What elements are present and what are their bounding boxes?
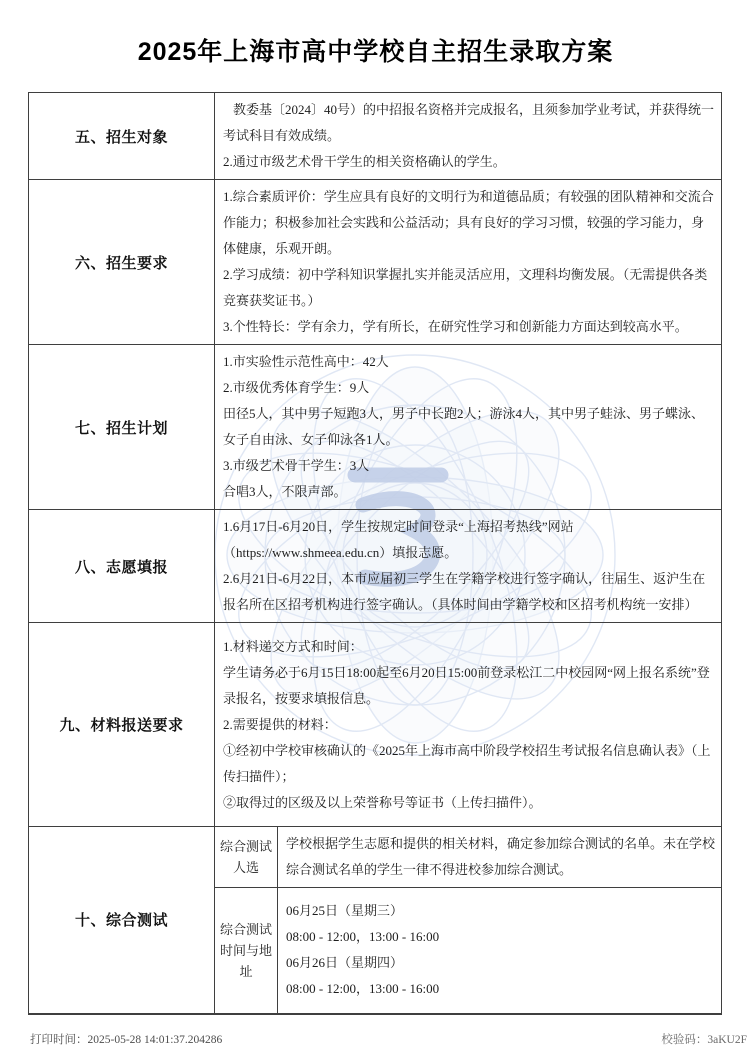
- row-label-comprehensive-test: 十、综合测试: [29, 827, 215, 1014]
- cell-paragraph: 2.通过市级艺术骨干学生的相关资格确认的学生。: [223, 149, 715, 175]
- cell-paragraph: 田径5人，其中男子短跑3人，男子中长跑2人；游泳4人，其中男子蛙泳、男子蝶泳、女…: [223, 401, 715, 453]
- cell-paragraph: 3.个性特长：学有余力，学有所长，在研究性学习和创新能力方面达到较高水平。: [223, 314, 715, 340]
- cell-paragraph: 1.6月17日-6月20日，学生按规定时间登录“上海招考热线”网站: [223, 514, 715, 540]
- checksum: 校验码：3aKU2F: [661, 1031, 747, 1047]
- admission-plan-table: 五、招生对象 教委基〔2024〕40号）的中招报名资格并完成报名，且须参加学业考…: [28, 92, 722, 1015]
- cell-paragraph: 3.市级艺术骨干学生：3人: [223, 453, 715, 479]
- row-content: 1.材料递交方式和时间： 学生请务必于6月15日18:00起至6月20日15:0…: [215, 623, 722, 827]
- table-row: 六、招生要求 1.综合素质评价：学生应具有良好的文明行为和道德品质；有较强的团队…: [29, 180, 722, 345]
- page-title: 2025年上海市高中学校自主招生录取方案: [0, 0, 751, 68]
- row-label-enrollment-requirements: 六、招生要求: [29, 180, 215, 345]
- cell-paragraph: 学校根据学生志愿和提供的相关材料，确定参加综合测试的名单。未在学校综合测试名单的…: [286, 831, 715, 883]
- cell-paragraph: 1.市实验性示范性高中：42人: [223, 349, 715, 375]
- cell-paragraph: 教委基〔2024〕40号）的中招报名资格并完成报名，且须参加学业考试，并获得统一…: [223, 97, 715, 149]
- table-row: 五、招生对象 教委基〔2024〕40号）的中招报名资格并完成报名，且须参加学业考…: [29, 93, 722, 180]
- table-row: 十、综合测试 综合测试人选 学校根据学生志愿和提供的相关材料，确定参加综合测试的…: [29, 827, 722, 888]
- row-content: 1.综合素质评价：学生应具有良好的文明行为和道德品质；有较强的团队精神和交流合作…: [215, 180, 722, 345]
- row-label-enrollment-targets: 五、招生对象: [29, 93, 215, 180]
- row-content: 06月25日（星期三） 08:00 - 12:00，13:00 - 16:00 …: [278, 888, 722, 1014]
- cell-paragraph: 2.市级优秀体育学生：9人: [223, 375, 715, 401]
- cell-paragraph: 06月26日（星期四）: [286, 950, 715, 976]
- row-content: 教委基〔2024〕40号）的中招报名资格并完成报名，且须参加学业考试，并获得统一…: [215, 93, 722, 180]
- row-label-application: 八、志愿填报: [29, 510, 215, 623]
- row-label-enrollment-plan: 七、招生计划: [29, 345, 215, 510]
- print-time: 打印时间：2025-05-28 14:01:37.204286: [30, 1031, 222, 1047]
- cell-paragraph: 08:00 - 12:00，13:00 - 16:00: [286, 924, 715, 950]
- row-content: 1.6月17日-6月20日，学生按规定时间登录“上海招考热线”网站 （https…: [215, 510, 722, 623]
- page-footer: 打印时间：2025-05-28 14:01:37.204286 校验码：3aKU…: [0, 1031, 751, 1047]
- cell-paragraph: 2.学习成绩：初中学科知识掌握扎实并能灵活应用，文理科均衡发展。（无需提供各类竞…: [223, 262, 715, 314]
- cell-paragraph: 06月25日（星期三）: [286, 898, 715, 924]
- table-row: 七、招生计划 1.市实验性示范性高中：42人 2.市级优秀体育学生：9人 田径5…: [29, 345, 722, 510]
- cell-paragraph: 2.6月21日-6月22日，本市应届初三学生在学籍学校进行签字确认，往届生、返沪…: [223, 566, 715, 618]
- table-row: 九、材料报送要求 1.材料递交方式和时间： 学生请务必于6月15日18:00起至…: [29, 623, 722, 827]
- cell-paragraph: （https://www.shmeea.edu.cn）填报志愿。: [223, 540, 715, 566]
- sublabel-test-candidates: 综合测试人选: [215, 827, 278, 888]
- cell-paragraph: 1.综合素质评价：学生应具有良好的文明行为和道德品质；有较强的团队精神和交流合作…: [223, 184, 715, 262]
- cell-paragraph: 1.材料递交方式和时间：: [223, 634, 715, 660]
- cell-paragraph: 合唱3人，不限声部。: [223, 479, 715, 505]
- cell-paragraph: ②取得过的区级及以上荣誉称号等证书（上传扫描件）。: [223, 790, 715, 816]
- row-content: 学校根据学生志愿和提供的相关材料，确定参加综合测试的名单。未在学校综合测试名单的…: [278, 827, 722, 888]
- cell-paragraph: ①经初中学校审核确认的《2025年上海市高中阶段学校招生考试报名信息确认表》（上…: [223, 738, 715, 790]
- cell-paragraph: 2.需要提供的材料：: [223, 712, 715, 738]
- row-label-material-submission: 九、材料报送要求: [29, 623, 215, 827]
- row-content: 1.市实验性示范性高中：42人 2.市级优秀体育学生：9人 田径5人，其中男子短…: [215, 345, 722, 510]
- sublabel-test-time-address: 综合测试时间与地址: [215, 888, 278, 1014]
- cell-paragraph: 学生请务必于6月15日18:00起至6月20日15:00前登录松江二中校园网“网…: [223, 660, 715, 712]
- table-row: 八、志愿填报 1.6月17日-6月20日，学生按规定时间登录“上海招考热线”网站…: [29, 510, 722, 623]
- cell-paragraph: 08:00 - 12:00，13:00 - 16:00: [286, 976, 715, 1002]
